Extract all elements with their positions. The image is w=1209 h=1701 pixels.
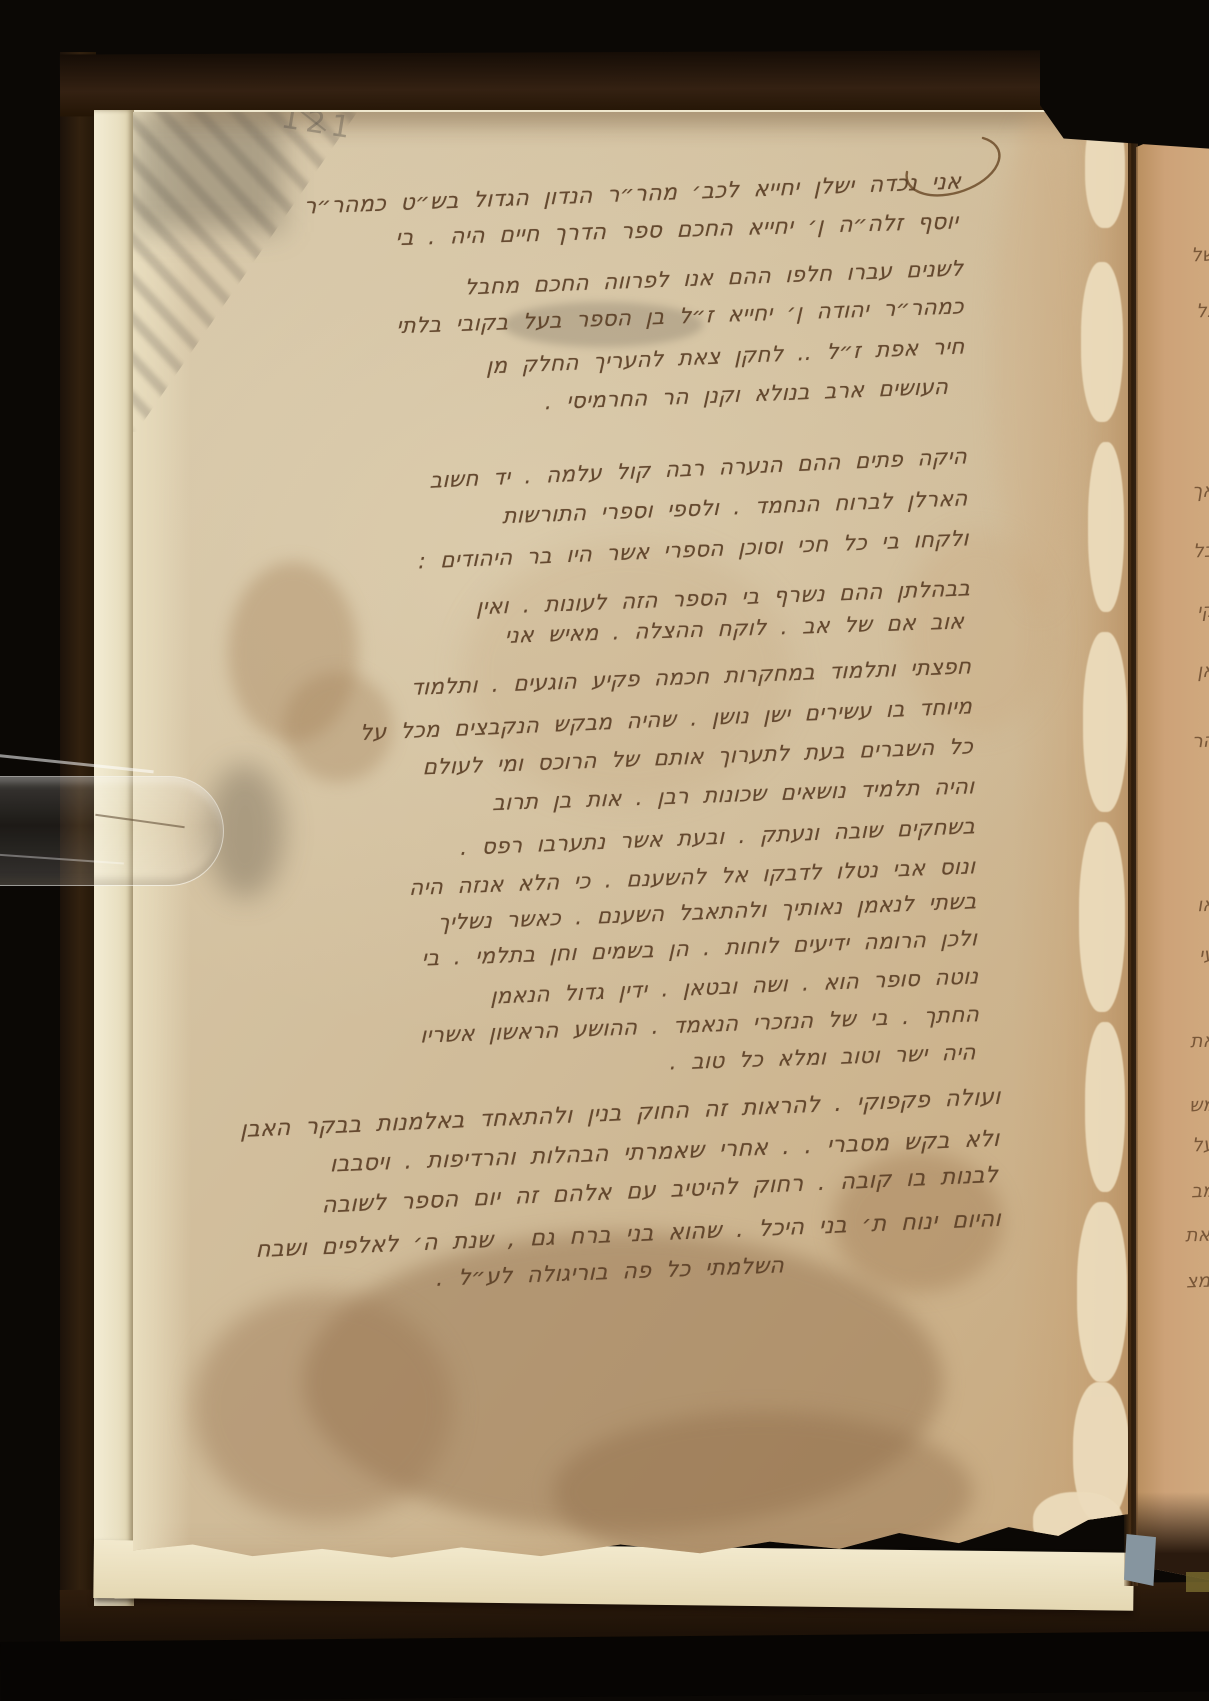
manuscript-text-line: היקה פתים ההם הנערה רבה קול עלמה . יד חש… [429,444,967,493]
facing-page-text-fragment: אך [1192,480,1209,503]
manuscript-text-line: בשחקים שובה ונעתק . ובעת אשר נתערבו רפס … [460,814,976,861]
manuscript-text-line: והיה תלמיד נושאים שכונות רבן . אות בן תר… [492,774,975,816]
facing-page-text-fragment: קי [1197,600,1209,623]
facing-page-text-fragment: את [1189,1030,1209,1053]
gutter-blue-patch [1124,1534,1156,1586]
manuscript-text-line: היה ישר וטוב ומלא כל טוב . [669,1040,976,1075]
corner-sliver [1186,1572,1209,1592]
manuscript-text-line: לשנים עברו חלפו ההם אנו לפרווה החכם מחבל [464,256,964,300]
manuscript-text-line: יוסף זלה״ה ן׳ יחייא החכם ספר הדרך חיים ה… [395,209,959,251]
background-band-bottom [0,1631,1209,1701]
manuscript-text-line: העושים ארב בנולא וקנן הר החרמיסי . [545,375,949,416]
manuscript-text-line: כל השברים בעת לתערוך אותם של הרוכס ומי ל… [422,734,973,780]
facing-page-text-fragment: או [1197,894,1209,917]
manuscript-text-line: חיר אפת ז״ל .. לחקן צאת להעריך החלק מן [486,334,965,379]
facing-page-text-fragment: גל [1196,300,1209,323]
facing-page-text-fragment: עי [1198,944,1209,967]
facing-page-text-fragment: מב [1191,1180,1209,1203]
facing-page-text-fragment: על [1192,1134,1209,1157]
transparent-page-clip [0,776,224,886]
facing-page-text-fragment: אן [1197,660,1209,683]
manuscript-text-line: חפצתי ותלמוד במחקרות חכמה פקיע הוגעים . … [411,654,972,701]
manuscript-text-line: כמהר״ר יהודה ן׳ יחייא ז״ל בן הספר בעל בק… [396,294,964,339]
facing-page-sliver: ןשלגלאךבלקיאןהראועיאתמשעלמבואתומצ [1136,112,1209,1580]
facing-page-text-fragment: של [1190,244,1209,267]
background-wedge-top-right [1040,40,1209,152]
facing-page-text-fragment: בל [1193,540,1209,563]
handwritten-text-block: אני נכדה ישלן יחייא לכב׳ מהר״ר הנדון הגד… [133,109,1158,1577]
facing-page-text-fragment: ואת [1184,1223,1209,1246]
photograph-frame: ןשלגלאךבלקיאןהראועיאתמשעלמבואתומצ 121 אנ… [0,0,1209,1701]
facing-page-text-fragment: מש [1188,1094,1209,1117]
book-cover-top-edge [60,49,1209,116]
manuscript-text-line: השלמתי כל פה בוריגולה לע״ל . [436,1253,785,1291]
manuscript-text-line: הארלן לברוח הנחמד . ולספי וספרי התורשות [502,486,968,529]
manuscript-text-line: ולקחו בי כל חכי וסוכן הספרי אשר היו בר ה… [418,526,969,574]
facing-page-text-fragment: ומצ [1185,1269,1209,1292]
manuscript-text-line: נוטה סופר הוא . ושה ובטאן . ידין גדול הנ… [490,964,979,1010]
manuscript-text-line: החתך . בי של הנזכרי הנאמד . ההושע הראשון… [420,1002,980,1049]
facing-page-text-fragment: הר [1191,730,1209,753]
facing-page-fragments: ןשלגלאךבלקיאןהראועיאתמשעלמבואתומצ [1136,112,1209,1580]
